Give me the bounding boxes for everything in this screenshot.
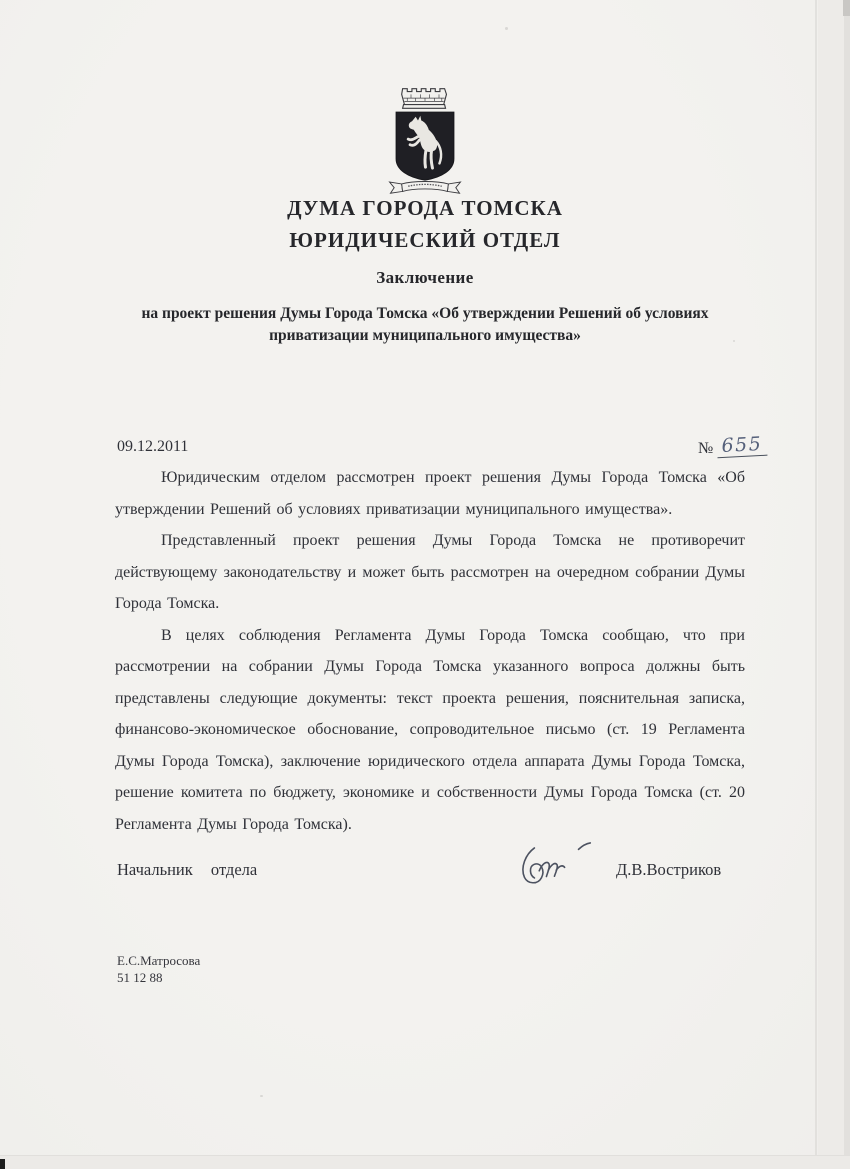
handwritten-signature-icon	[504, 831, 618, 897]
scan-edge-far-right	[844, 0, 850, 1169]
document-number: № 655	[698, 436, 767, 459]
document-subject: на проект решения Думы Города Томска «Об…	[95, 303, 755, 347]
paragraph: Юридическим отделом рассмотрен проект ре…	[115, 462, 745, 525]
document-heading: Заключение	[0, 268, 850, 288]
scan-speck	[505, 27, 508, 30]
organization-name: ДУМА ГОРОДА ТОМСКА	[0, 196, 850, 221]
executor-phone: 51 12 88	[117, 969, 200, 986]
tomsk-coat-of-arms	[383, 85, 467, 197]
signer-name: Д.В.Востриков	[616, 860, 721, 880]
scan-corner-mark	[0, 1159, 5, 1169]
document-body: Юридическим отделом рассмотрен проект ре…	[115, 462, 745, 840]
ribbon-icon	[390, 181, 461, 193]
scanned-document-page: ДУМА ГОРОДА ТОМСКА ЮРИДИЧЕСКИЙ ОТДЕЛ Зак…	[0, 0, 850, 1169]
paragraph: В целях соблюдения Регламента Думы Город…	[115, 620, 745, 841]
executor-block: Е.С.Матросова 51 12 88	[117, 952, 200, 986]
department-name: ЮРИДИЧЕСКИЙ ОТДЕЛ	[0, 228, 850, 253]
executor-name: Е.С.Матросова	[117, 952, 200, 969]
signer-position: Начальник отдела	[117, 860, 257, 880]
mural-crown-icon	[402, 89, 447, 109]
scan-edge-bottom	[0, 1155, 850, 1169]
paper-edge-line	[815, 0, 817, 1169]
paragraph: Представленный проект решения Думы Город…	[115, 525, 745, 620]
shield-icon	[396, 112, 454, 180]
document-date: 09.12.2011	[117, 438, 188, 456]
doc-number-handwritten: 655	[717, 433, 768, 459]
scan-corner-top-right	[843, 0, 850, 16]
scan-speck	[260, 1095, 263, 1097]
number-sign: №	[698, 440, 713, 457]
